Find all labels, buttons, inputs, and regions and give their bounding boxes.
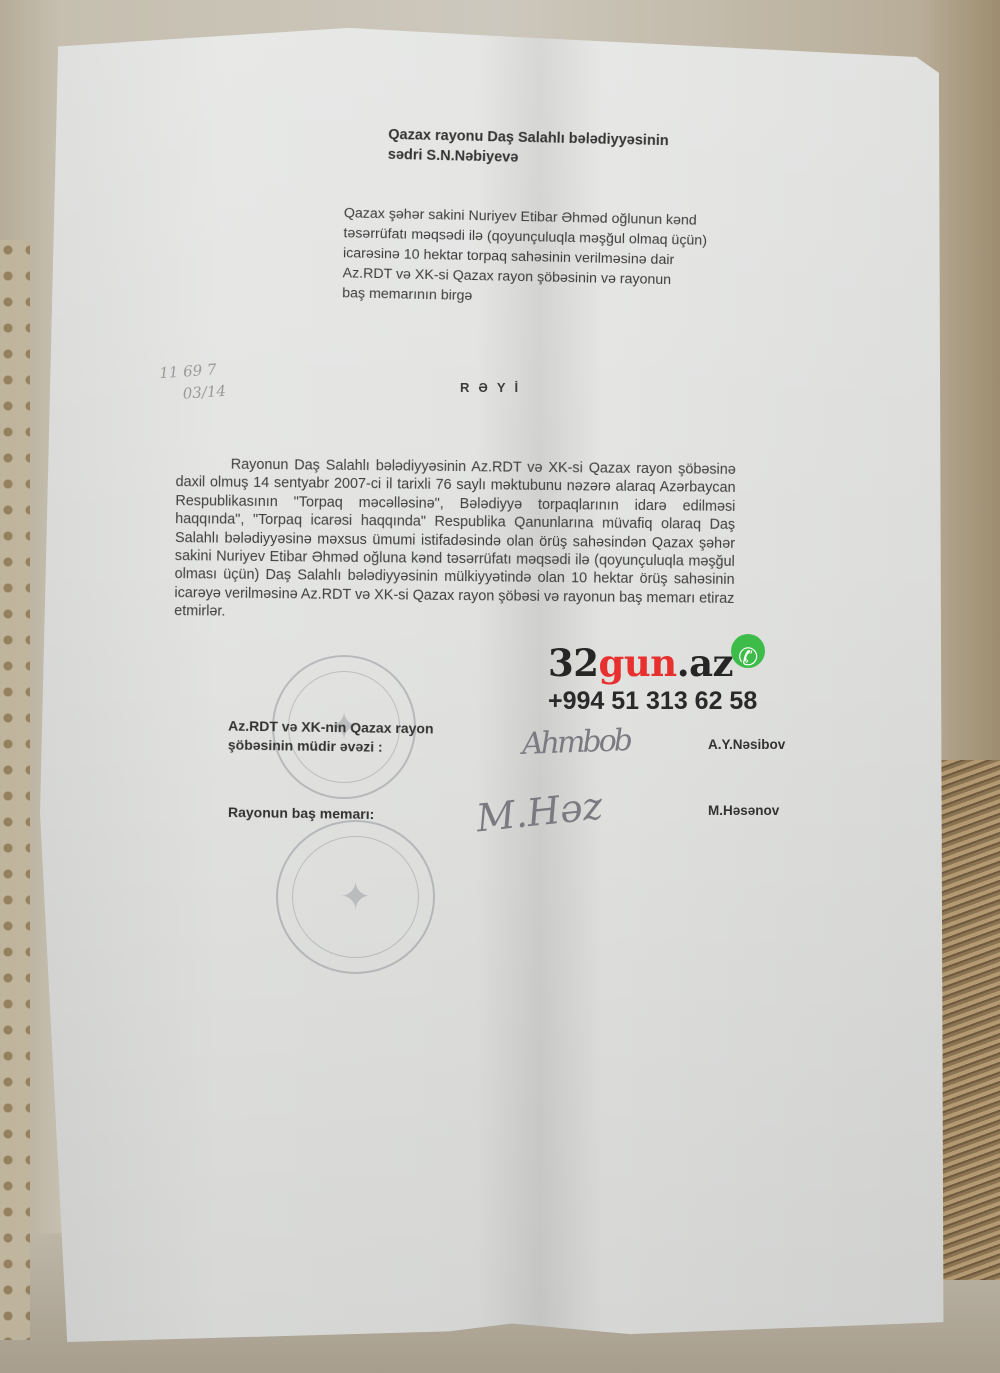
- whatsapp-icon: [731, 634, 765, 668]
- signatory-position: Az.RDT və XK-nin Qazax rayon şöbəsinin m…: [228, 717, 434, 758]
- handwritten-signature: Ahmbob: [521, 723, 630, 762]
- site-watermark: 32gun.az +994 51 313 62 58: [548, 634, 765, 716]
- document-title: RƏYİ: [460, 380, 527, 395]
- body-paragraph: Rayonun Daş Salahlı bələdiyyəsinin Az.RD…: [174, 455, 736, 627]
- signatory-name: M.Həsənov: [708, 803, 779, 818]
- official-seal-stamp: [276, 820, 435, 974]
- watermark-brand: 32gun.az: [548, 634, 765, 685]
- signatory-name: A.Y.Nəsibov: [708, 737, 785, 752]
- addressee-block: Qazax rayonu Daş Salahlı bələdiyyəsinin …: [388, 125, 669, 171]
- watermark-phone: +994 51 313 62 58: [548, 687, 765, 716]
- signatory-position: Rayonun baş memarı:: [228, 803, 375, 824]
- handwritten-note: 11 69 7 03/14: [159, 358, 227, 406]
- fabric-background-right: [940, 760, 1000, 1280]
- subject-block: Qazax şəhər sakini Nuriyev Etibar Əhməd …: [342, 203, 796, 312]
- fabric-background-left: [0, 240, 30, 1340]
